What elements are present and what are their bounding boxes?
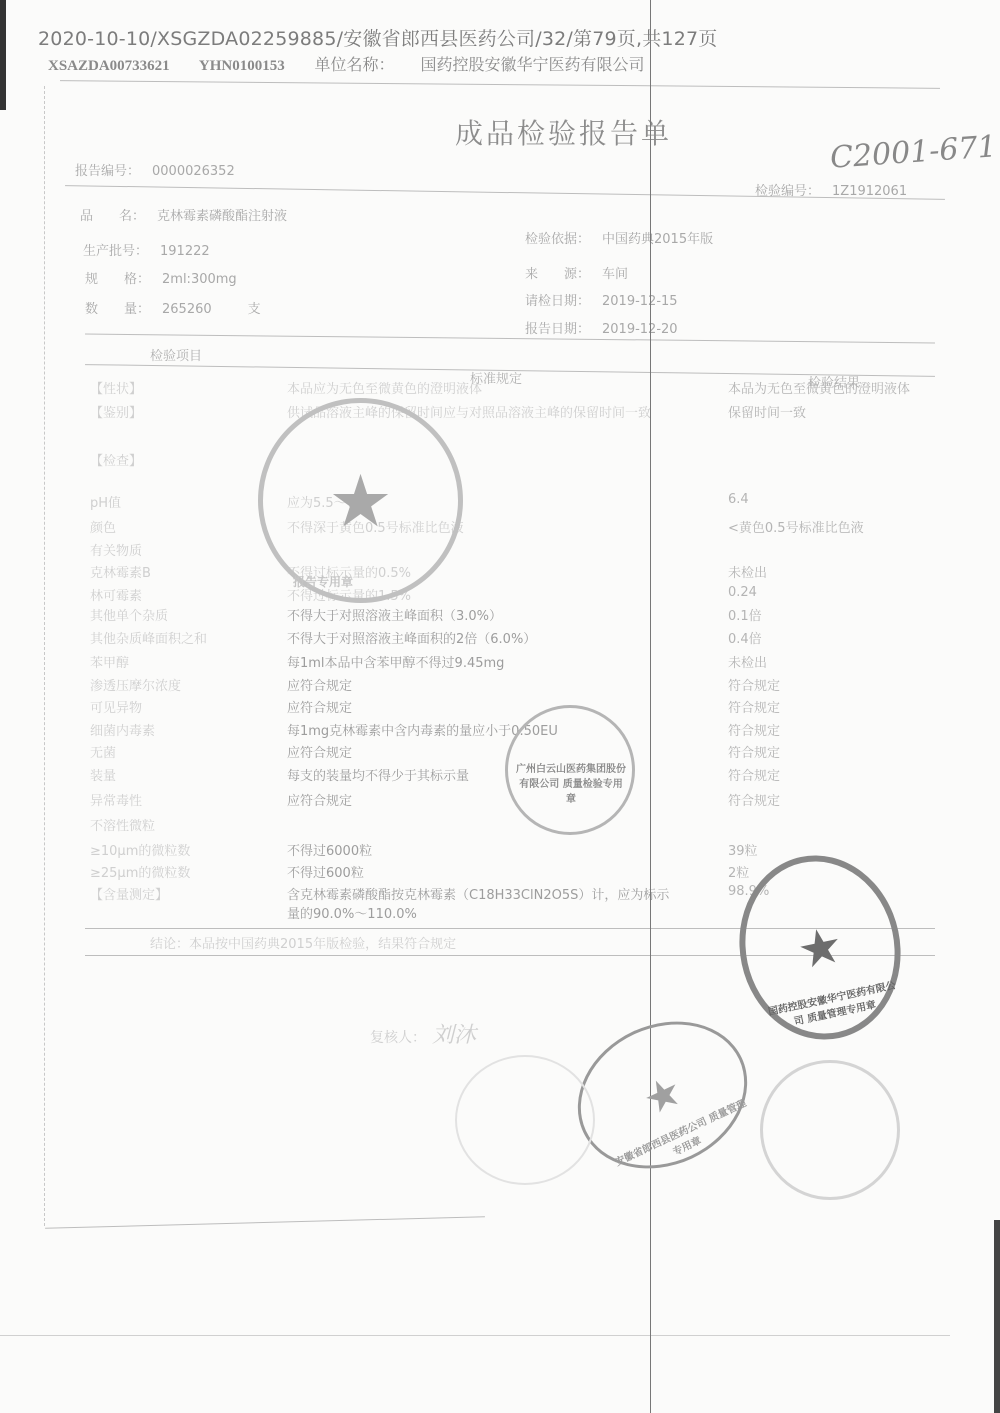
star-icon: ★	[328, 459, 393, 543]
table-cell-result: 2粒	[728, 862, 749, 881]
table-cell-result: 保留时间一致	[728, 402, 806, 421]
code-2: YHN0100153	[199, 58, 285, 74]
table-cell-item: 可见异物	[90, 697, 142, 716]
code-1: XSAZDA00733621	[48, 58, 170, 74]
report-number: 报告编号：0000026352	[75, 160, 235, 179]
request-date: 请检日期：2019-12-15	[525, 290, 678, 309]
conclusion: 结论：本品按中国药典2015年版检验，结果符合规定	[150, 933, 456, 952]
table-cell-item: ≥10μm的微粒数	[90, 840, 190, 859]
table-cell-result: 符合规定	[728, 720, 780, 739]
table-cell-result: 符合规定	[728, 765, 780, 784]
inspection-basis: 检验依据：中国药典2015年版	[525, 228, 713, 247]
table-cell-result: 39粒	[728, 840, 758, 859]
table-cell-item: 装量	[90, 765, 116, 784]
faint-stamp	[455, 1055, 595, 1185]
table-cell-result: <黄色0.5号标准比色液	[728, 517, 864, 536]
table-cell-item: 【性状】	[90, 378, 142, 397]
stamp-baiyunshan: 广州白云山医药集团股份有限公司 质量检验专用章	[505, 705, 635, 835]
table-cell-result: 0.4倍	[728, 628, 762, 647]
document-title: 成品检验报告单	[455, 112, 672, 152]
table-cell-item: 不溶性微粒	[90, 815, 155, 834]
scan-edge	[0, 0, 6, 110]
scan-header-codes: XSAZDA00733621 YHN0100153 单位名称：国药控股安徽华宁医…	[48, 52, 671, 75]
table-cell-item: ≥25μm的微粒数	[90, 862, 190, 881]
table-cell-item: 【检查】	[90, 450, 142, 469]
table-cell-item: 有关物质	[90, 540, 142, 559]
scan-fold-line	[650, 0, 651, 1413]
star-icon: ★	[635, 1065, 690, 1125]
table-cell-result: 符合规定	[728, 675, 780, 694]
divider	[0, 1335, 950, 1336]
unit-label: 单位名称：	[314, 57, 394, 74]
table-cell-result: 0.1倍	[728, 605, 762, 624]
table-cell-item: 渗透压摩尔浓度	[90, 675, 181, 694]
table-cell-item: 苯甲醇	[90, 652, 129, 671]
unit-name: 国药控股安徽华宁医药有限公司	[421, 57, 645, 74]
table-cell-item: 细菌内毒素	[90, 720, 155, 739]
table-cell-item: 【鉴别】	[90, 402, 142, 421]
table-cell-item: 颜色	[90, 517, 116, 536]
table-cell-standard: 不得大于对照溶液主峰面积的2倍（6.0%）	[287, 628, 677, 647]
table-cell-standard: 应符合规定	[287, 697, 677, 716]
specification: 规 格：2ml:300mg	[85, 268, 237, 287]
stamp-report: ★ 报告专用章	[258, 398, 463, 603]
signature-block: 复核人：刘沐	[370, 1018, 476, 1049]
report-date: 报告日期：2019-12-20	[525, 318, 678, 337]
table-cell-item: 其他单个杂质	[90, 605, 168, 624]
product-name: 品 名：克林霉素磷酸酯注射液	[80, 205, 287, 224]
table-cell-result: 本品为无色至微黄色的澄明液体	[728, 378, 910, 397]
table-cell-result: 6.4	[728, 492, 749, 507]
table-cell-item: pH值	[90, 492, 121, 511]
table-cell-standard: 应符合规定	[287, 675, 677, 694]
table-cell-standard: 不得过6000粒	[287, 840, 677, 859]
table-cell-item: 其他杂质峰面积之和	[90, 628, 207, 647]
table-cell-standard: 本品应为无色至微黄色的澄明液体	[287, 378, 677, 397]
table-cell-result: 符合规定	[728, 790, 780, 809]
scan-edge	[994, 1220, 1000, 1413]
table-cell-item: 【含量测定】	[90, 884, 168, 903]
table-cell-item: 异常毒性	[90, 790, 142, 809]
table-cell-item: 无菌	[90, 742, 116, 761]
star-icon: ★	[792, 914, 848, 980]
table-cell-item: 克林霉素B	[90, 562, 151, 581]
table-cell-result: 未检出	[728, 562, 767, 581]
table-cell-standard: 含克林霉素磷酸酯按克林霉素（C18H33ClN2O5S）计，应为标示量的90.0…	[287, 884, 677, 922]
scan-header-line: 2020-10-10/XSGZDA02259885/安徽省郎西县医药公司/32/…	[38, 24, 718, 51]
column-header-item: 检验项目	[150, 345, 202, 364]
batch-number: 生产批号：191222	[83, 240, 210, 259]
table-cell-result: 0.24	[728, 585, 757, 600]
table-cell-item: 林可霉素	[90, 585, 142, 604]
table-cell-standard: 不得大于对照溶液主峰面积（3.0%）	[287, 605, 677, 624]
faint-stamp	[760, 1060, 900, 1200]
source: 来 源：车间	[525, 263, 628, 282]
table-cell-standard: 每1ml本品中含苯甲醇不得过9.45mg	[287, 652, 677, 671]
quantity: 数 量：265260支	[85, 298, 261, 317]
table-cell-standard: 不得过600粒	[287, 862, 677, 881]
table-cell-result: 未检出	[728, 652, 767, 671]
table-cell-result: 符合规定	[728, 697, 780, 716]
table-cell-result: 符合规定	[728, 742, 780, 761]
